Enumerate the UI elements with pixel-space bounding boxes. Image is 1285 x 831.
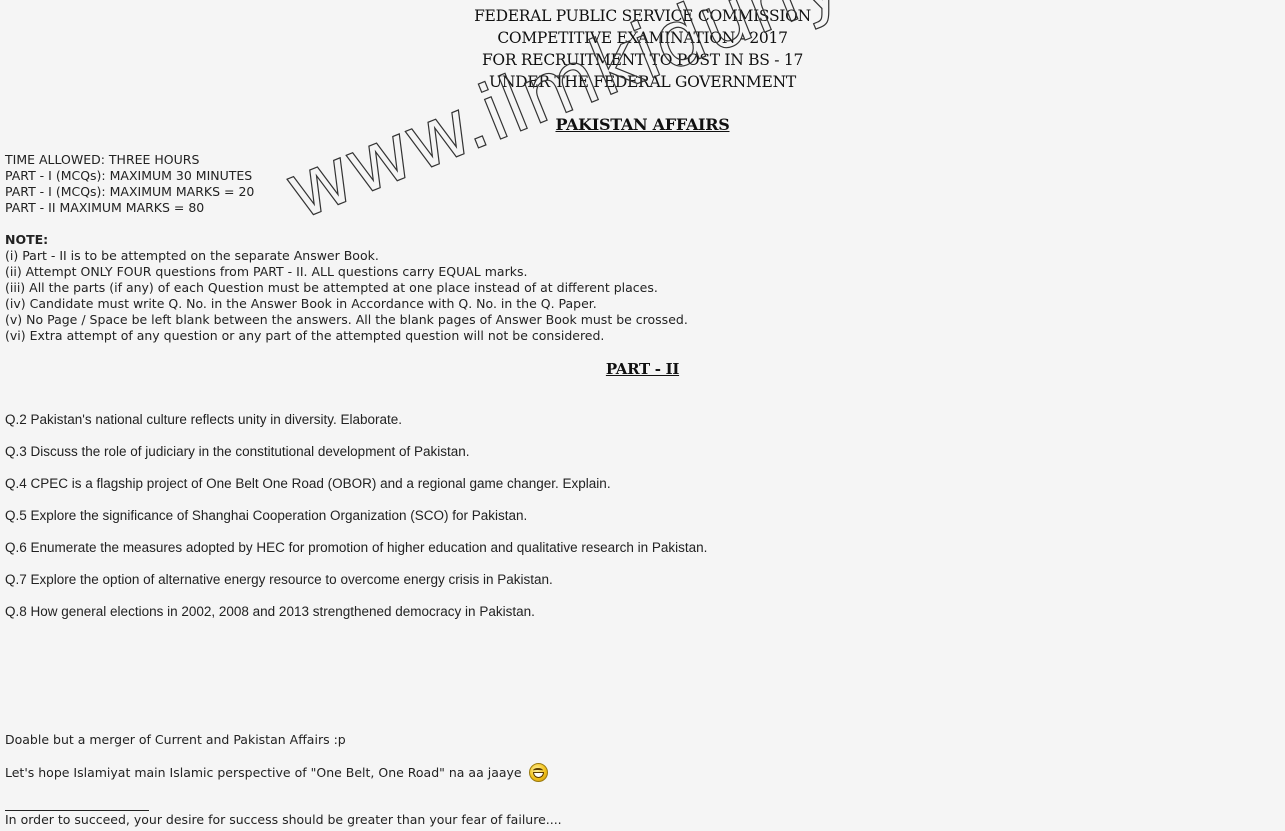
subject-title: PAKISTAN AFFAIRS — [0, 115, 1285, 134]
info-line: TIME ALLOWED: THREE HOURS — [5, 152, 254, 168]
note-item: (i) Part - II is to be attempted on the … — [5, 248, 688, 264]
comment-line: Doable but a merger of Current and Pakis… — [5, 731, 548, 764]
question-item: Q.2 Pakistan's national culture reflects… — [5, 410, 707, 442]
note-item: (vi) Extra attempt of any question or an… — [5, 328, 688, 344]
header-line: COMPETITIVE EXAMINATION - 2017 — [19, 27, 1265, 49]
comment-line: Let's hope Islamiyat main Islamic perspe… — [5, 764, 548, 797]
question-item: Q.4 CPEC is a flagship project of One Be… — [5, 474, 707, 506]
exam-header: FEDERAL PUBLIC SERVICE COMMISSION COMPET… — [0, 5, 1285, 93]
header-line: UNDER THE FEDERAL GOVERNMENT — [19, 71, 1265, 93]
info-line: PART - II MAXIMUM MARKS = 80 — [5, 200, 254, 216]
signature-text: In order to succeed, your desire for suc… — [5, 812, 562, 827]
question-item: Q.5 Explore the significance of Shanghai… — [5, 506, 707, 538]
note-item: (iv) Candidate must write Q. No. in the … — [5, 296, 688, 312]
info-line: PART - I (MCQs): MAXIMUM 30 MINUTES — [5, 168, 254, 184]
question-item: Q.8 How general elections in 2002, 2008 … — [5, 602, 707, 634]
note-item: (v) No Page / Space be left blank betwee… — [5, 312, 688, 328]
info-line: PART - I (MCQs): MAXIMUM MARKS = 20 — [5, 184, 254, 200]
comment-text: Let's hope Islamiyat main Islamic perspe… — [5, 765, 522, 780]
exam-info: TIME ALLOWED: THREE HOURS PART - I (MCQs… — [5, 152, 254, 216]
comment-text: Doable but a merger of Current and Pakis… — [5, 732, 346, 747]
signature-divider — [5, 810, 149, 811]
post-comments: Doable but a merger of Current and Pakis… — [5, 731, 548, 797]
note-heading: NOTE: — [5, 232, 688, 248]
question-item: Q.6 Enumerate the measures adopted by HE… — [5, 538, 707, 570]
header-line: FEDERAL PUBLIC SERVICE COMMISSION — [19, 5, 1265, 27]
question-item: Q.7 Explore the option of alternative en… — [5, 570, 707, 602]
part-title: PART - II — [0, 360, 1285, 378]
grin-emoji-icon — [529, 763, 548, 782]
note-section: NOTE: (i) Part - II is to be attempted o… — [5, 232, 688, 344]
question-item: Q.3 Discuss the role of judiciary in the… — [5, 442, 707, 474]
note-item: (ii) Attempt ONLY FOUR questions from PA… — [5, 264, 688, 280]
header-line: FOR RECRUITMENT TO POST IN BS - 17 — [19, 49, 1265, 71]
question-list: Q.2 Pakistan's national culture reflects… — [5, 410, 707, 634]
note-item: (iii) All the parts (if any) of each Que… — [5, 280, 688, 296]
